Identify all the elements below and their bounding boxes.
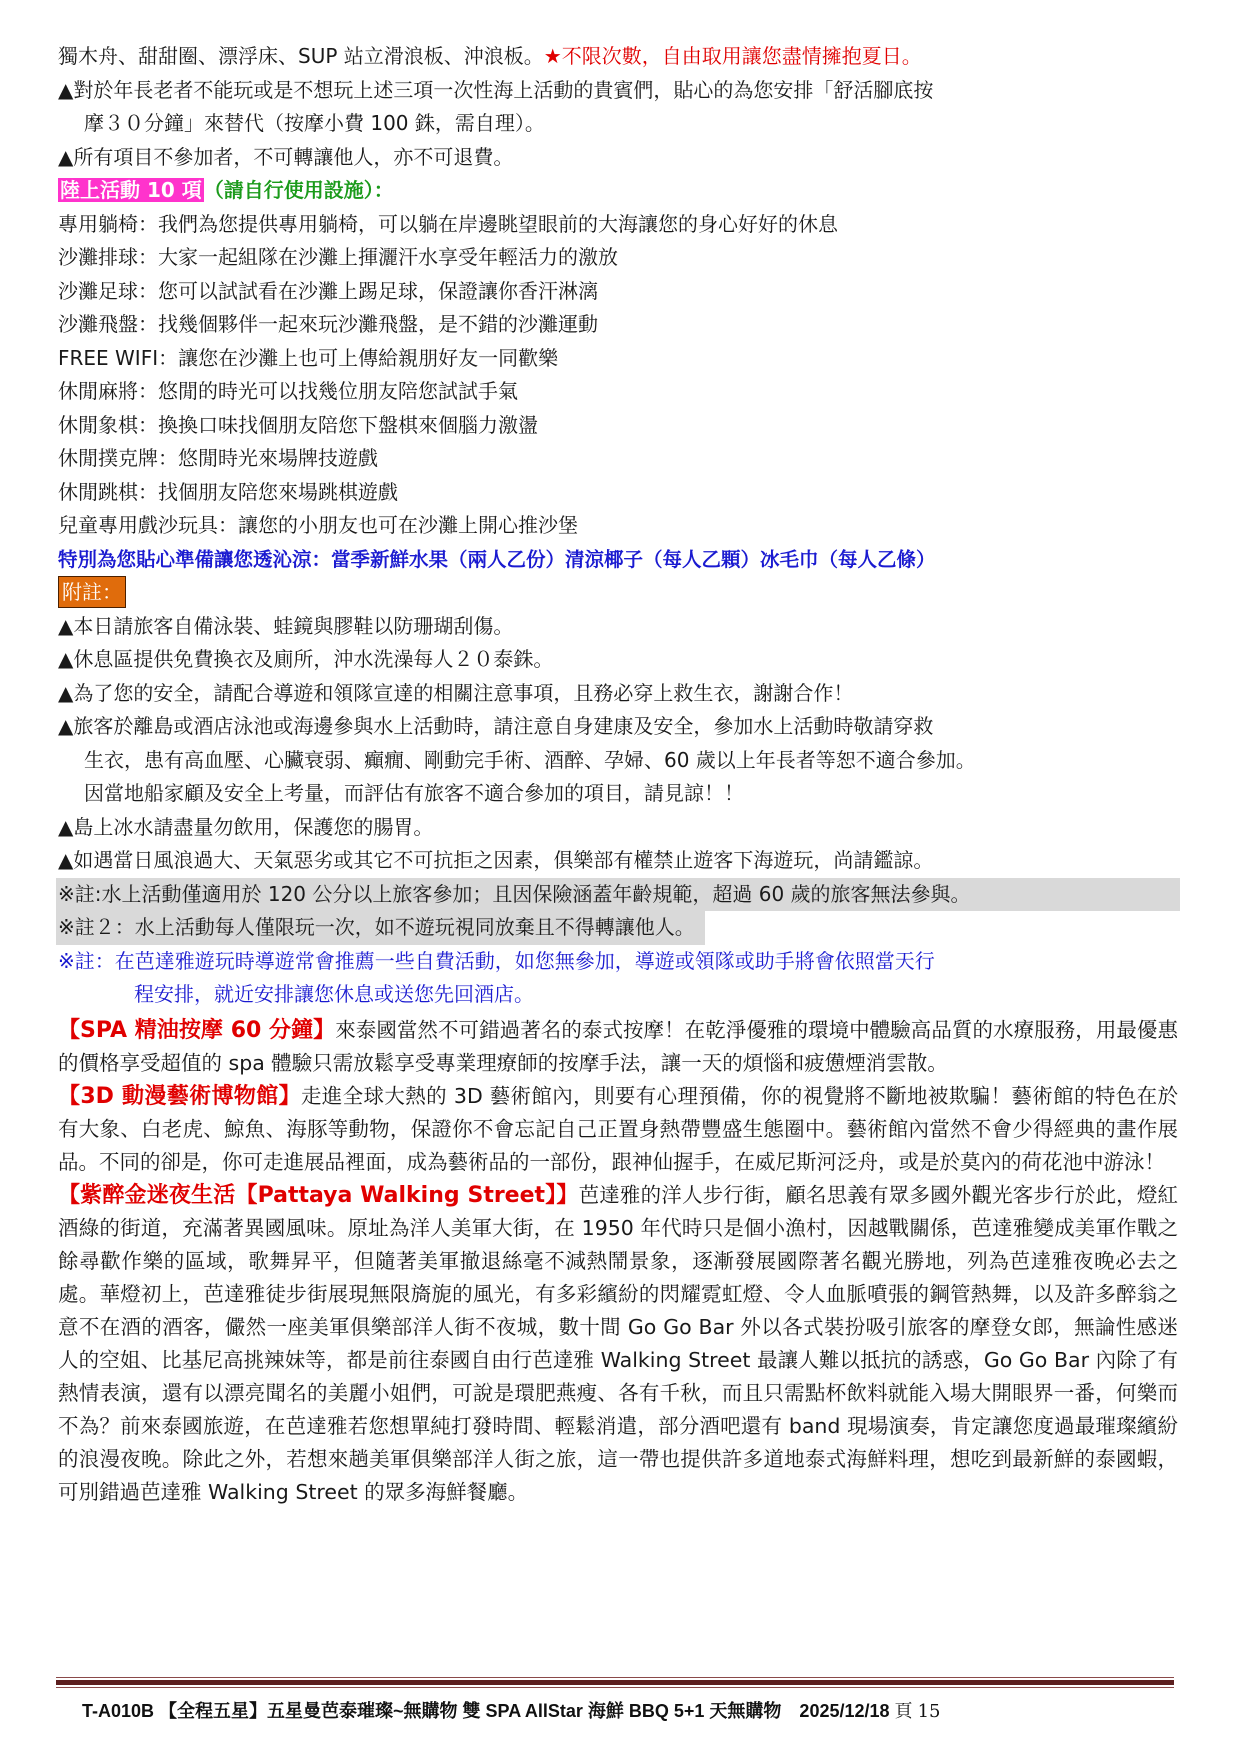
- land-activity-item: 沙灘飛盤：找幾個夥伴一起來玩沙灘飛盤，是不錯的沙灘運動: [58, 308, 1178, 342]
- land-activity-item: 專用躺椅：我們為您提供專用躺椅，可以躺在岸邊眺望眼前的大海讓您的身心好好的休息: [58, 208, 1178, 242]
- footer-page-number: 15: [918, 1701, 941, 1722]
- remark-item-cont: 因當地船家顧及安全上考量，而評估有旅客不適合參加的項目，請見諒！！: [58, 777, 1178, 811]
- footer-rule-thin-top: [56, 1677, 1174, 1678]
- unlimited-use-highlight: ★不限次數，自由取用讓您盡情擁抱夏日。: [544, 44, 922, 68]
- elder-alternative-note-cont: 摩３０分鐘」來替代（按摩小費 100 銖，需自理）。: [58, 107, 1178, 141]
- land-activity-desc: ：換換口味找個朋友陪您下盤棋來個腦力激盪: [138, 413, 538, 437]
- special-refreshments: 特別為您貼心準備讓您透沁涼：當季新鮮水果（兩人乙份）清涼椰子（每人乙顆）冰毛巾（…: [58, 543, 1178, 577]
- land-activity-name: 沙灘足球: [58, 279, 138, 303]
- land-activity-desc: ：您可以試試看在沙灘上踢足球，保證讓你香汗淋漓: [138, 279, 598, 303]
- land-activity-name: 沙灘排球: [58, 245, 138, 269]
- remark-item: ▲本日請旅客自備泳裝、蛙鏡與膠鞋以防珊瑚刮傷。: [58, 610, 1178, 644]
- footer-rule: [56, 1677, 1174, 1688]
- land-activity-item: 休閒象棋：換換口味找個朋友陪您下盤棋來個腦力激盪: [58, 409, 1178, 443]
- land-activity-item: 兒童專用戲沙玩具：讓您的小朋友也可在沙灘上開心推沙堡: [58, 509, 1178, 543]
- land-activity-name: 專用躺椅: [58, 212, 138, 236]
- attraction-title: 【紫醉金迷夜生活【Pattaya Walking Street】】: [58, 1183, 579, 1208]
- land-activity-desc: ：大家一起組隊在沙灘上揮灑汗水享受年輕活力的激放: [138, 245, 618, 269]
- elder-alternative-note: ▲對於年長老者不能玩或是不想玩上述三項一次性海上活動的貴賓們，貼心的為您安排「舒…: [58, 74, 1178, 108]
- land-activity-name: 休閒象棋: [58, 413, 138, 437]
- attraction-title: 【3D 動漫藝術博物館】: [58, 1084, 301, 1109]
- land-activities-count: 陸上活動 10 項: [58, 178, 204, 202]
- remark-item: ▲旅客於離島或酒店泳池或海邊參與水上活動時，請注意自身建康及安全，參加水上活動時…: [58, 710, 1178, 744]
- optional-activity-note-cont: 程安排，就近安排讓您休息或送您先回酒店。: [58, 978, 1178, 1012]
- attraction-title: 【SPA 精油按摩 60 分鐘】: [58, 1018, 335, 1043]
- remark-item: ▲如遇當日風浪過大、天氣惡劣或其它不可抗拒之因素，俱樂部有權禁止遊客下海遊玩，尚…: [58, 844, 1178, 878]
- land-activity-name: 休閒撲克牌: [58, 446, 158, 470]
- land-activity-name: FREE WIFI: [58, 346, 158, 370]
- footer-tour-info: T-A010B 【全程五星】五星曼芭泰璀璨~無購物 雙 SPA AllStar …: [82, 1701, 890, 1721]
- remark-item: ▲休息區提供免費換衣及廁所，沖水洗澡每人２０泰銖。: [58, 643, 1178, 677]
- water-activities-line: 獨木舟、甜甜圈、漂浮床、SUP 站立滑浪板、沖浪板。★不限次數，自由取用讓您盡情…: [58, 40, 1178, 74]
- land-activity-name: 沙灘飛盤: [58, 312, 138, 336]
- page-footer: T-A010B 【全程五星】五星曼芭泰璀璨~無購物 雙 SPA AllStar …: [82, 1697, 940, 1723]
- attraction-walking-street: 【紫醉金迷夜生活【Pattaya Walking Street】】芭達雅的洋人步…: [58, 1179, 1178, 1509]
- remarks-heading-row: 附註：: [58, 576, 1178, 610]
- remark-item: ▲島上冰水請盡量勿飲用，保護您的腸胃。: [58, 811, 1178, 845]
- attraction-body: 芭達雅的洋人步行街，顧名思義有眾多國外觀光客步行於此，燈紅酒綠的街道，充滿著異國…: [58, 1183, 1178, 1504]
- land-activities-heading: 陸上活動 10 項（請自行使用設施）：: [58, 174, 1178, 208]
- land-activity-desc: ：找個朋友陪您來場跳棋遊戲: [138, 480, 398, 504]
- land-activity-name: 休閒跳棋: [58, 480, 138, 504]
- land-activity-desc: ：讓您的小朋友也可在沙灘上開心推沙堡: [218, 513, 578, 537]
- footer-rule-thin-bottom: [56, 1687, 1174, 1688]
- remark-item-cont: 生衣，患有高血壓、心臟衰弱、癲癇、剛動完手術、酒醉、孕婦、60 歲以上年長者等恕…: [58, 744, 1178, 778]
- land-activity-desc: ：找幾個夥伴一起來玩沙灘飛盤，是不錯的沙灘運動: [138, 312, 598, 336]
- land-activity-desc: ：悠閒的時光可以找幾位朋友陪您試試手氣: [138, 379, 518, 403]
- land-activities-subtitle: （請自行使用設施）：: [204, 178, 394, 202]
- land-activity-item: 休閒麻將：悠閒的時光可以找幾位朋友陪您試試手氣: [58, 375, 1178, 409]
- land-activity-item: 沙灘排球：大家一起組隊在沙灘上揮灑汗水享受年輕活力的激放: [58, 241, 1178, 275]
- document-page: 獨木舟、甜甜圈、漂浮床、SUP 站立滑浪板、沖浪板。★不限次數，自由取用讓您盡情…: [58, 40, 1178, 1509]
- remark-item: ▲為了您的安全，請配合導遊和領隊宣達的相關注意事項，且務必穿上救生衣，謝謝合作！: [58, 677, 1178, 711]
- land-activity-name: 休閒麻將: [58, 379, 138, 403]
- land-activity-item: 休閒撲克牌：悠閒時光來場牌技遊戲: [58, 442, 1178, 476]
- water-activities-list: 獨木舟、甜甜圈、漂浮床、SUP 站立滑浪板、沖浪板。: [58, 44, 544, 68]
- footer-page-label: 頁: [895, 1701, 913, 1722]
- water-activity-once-note-row: ※註２：水上活動每人僅限玩一次，如不遊玩視同放棄且不得轉讓他人。: [58, 911, 1178, 945]
- land-activity-name: 兒童專用戲沙玩具: [58, 513, 218, 537]
- land-activity-item: FREE WIFI：讓您在沙灘上也可上傳給親朋好友一同歡樂: [58, 342, 1178, 376]
- attraction-spa: 【SPA 精油按摩 60 分鐘】來泰國當然不可錯過著名的泰式按摩！在乾淨優雅的環…: [58, 1014, 1178, 1080]
- footer-rule-thick: [56, 1680, 1174, 1685]
- land-activity-desc: ：悠閒時光來場牌技遊戲: [158, 446, 378, 470]
- attraction-3d-museum: 【3D 動漫藝術博物館】走進全球大熱的 3D 藝術館內，則要有心理預備，你的視覺…: [58, 1080, 1178, 1179]
- optional-activity-note: ※註：在芭達雅遊玩時導遊常會推薦一些自費活動，如您無參加，導遊或領隊或助手將會依…: [58, 945, 1178, 979]
- land-activity-desc: ：讓您在沙灘上也可上傳給親朋好友一同歡樂: [158, 346, 558, 370]
- land-activity-desc: ：我們為您提供專用躺椅，可以躺在岸邊眺望眼前的大海讓您的身心好好的休息: [138, 212, 838, 236]
- remarks-heading: 附註：: [58, 576, 126, 608]
- land-activity-item: 休閒跳棋：找個朋友陪您來場跳棋遊戲: [58, 476, 1178, 510]
- no-transfer-note: ▲所有項目不參加者，不可轉讓他人，亦不可退費。: [58, 141, 1178, 175]
- water-activity-once-note: ※註２：水上活動每人僅限玩一次，如不遊玩視同放棄且不得轉讓他人。: [56, 911, 705, 945]
- water-activity-age-note: ※註:水上活動僅適用於 120 公分以上旅客參加；且因保險涵蓋年齡規範，超過 6…: [56, 878, 1180, 912]
- land-activity-item: 沙灘足球：您可以試試看在沙灘上踢足球，保證讓你香汗淋漓: [58, 275, 1178, 309]
